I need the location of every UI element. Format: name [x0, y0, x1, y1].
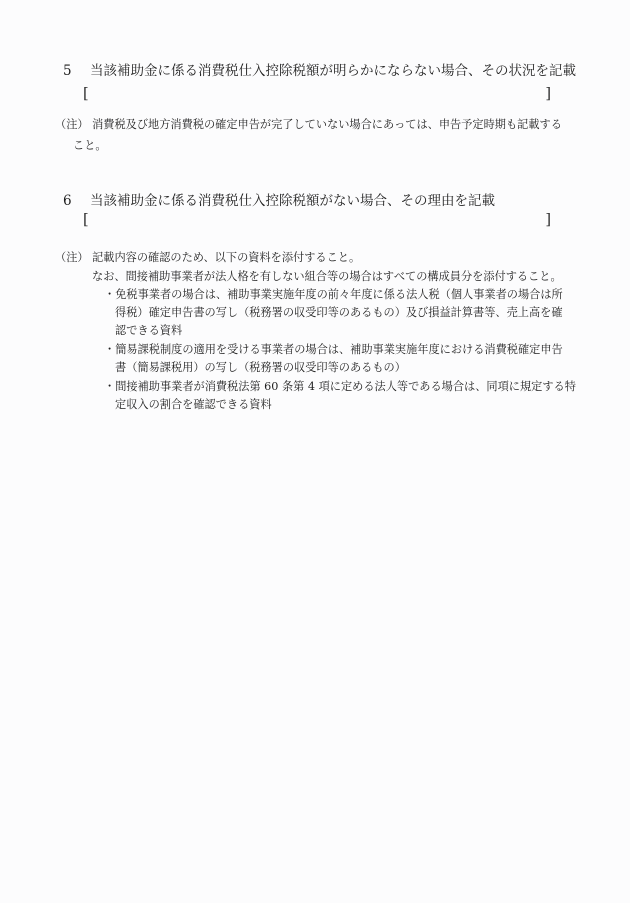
- section-6-title: 当該補助金に係る消費税仕入控除税額がない場合、その理由を記載: [90, 193, 495, 210]
- section-5-note-line-2: こと。: [73, 139, 107, 153]
- section-5-note-line-1: （注） 消費税及び地方消費税の確定申告が完了していない場合にあっては、申告予定時…: [55, 118, 562, 132]
- section-5-title: 当該補助金に係る消費税仕入控除税額が明らかにならない場合、その状況を記載: [90, 63, 576, 80]
- section-6-note-bullet-3-line-1: ・間接補助事業者が消費税法第 60 条第 4 項に定める法人等である場合は、同項…: [104, 380, 576, 394]
- section-6-note-bullet-1-line-3: 認できる資料: [115, 324, 182, 338]
- section-6-open-bracket: [: [83, 212, 89, 228]
- document-page: 5 当該補助金に係る消費税仕入控除税額が明らかにならない場合、その状況を記載 […: [0, 0, 630, 903]
- section-6-answer-field[interactable]: [ ]: [83, 212, 551, 228]
- section-5-number: 5: [63, 63, 72, 80]
- section-6-note-bullet-2-line-1: ・簡易課税制度の適用を受ける事業者の場合は、補助事業実施年度における消費税確定申…: [104, 343, 563, 357]
- section-6-note-bullet-1-line-2: 得税）確定申告書の写し（税務署の収受印等のあるもの）及び損益計算書等、売上高を確: [115, 306, 563, 320]
- section-6-close-bracket: ]: [545, 212, 551, 228]
- section-6-note-line-1: （注） 記載内容の確認のため、以下の資料を添付すること。: [55, 251, 360, 265]
- section-5-answer-field[interactable]: [ ]: [83, 86, 551, 102]
- section-5-close-bracket: ]: [545, 86, 551, 102]
- section-6-note-bullet-3-line-2: 定収入の割合を確認できる資料: [115, 398, 272, 412]
- section-6-note-bullet-1-line-1: ・免税事業者の場合は、補助事業実施年度の前々年度に係る法人税（個人事業者の場合は…: [104, 288, 563, 302]
- section-5-open-bracket: [: [83, 86, 89, 102]
- section-6-note-bullet-2-line-2: 書（簡易課税用）の写し（税務署の収受印等のあるもの）: [115, 361, 406, 375]
- section-6-note-line-2: なお、間接補助事業者が法人格を有しない組合等の場合はすべての構成員分を添付するこ…: [92, 270, 562, 284]
- section-6-number: 6: [63, 193, 72, 210]
